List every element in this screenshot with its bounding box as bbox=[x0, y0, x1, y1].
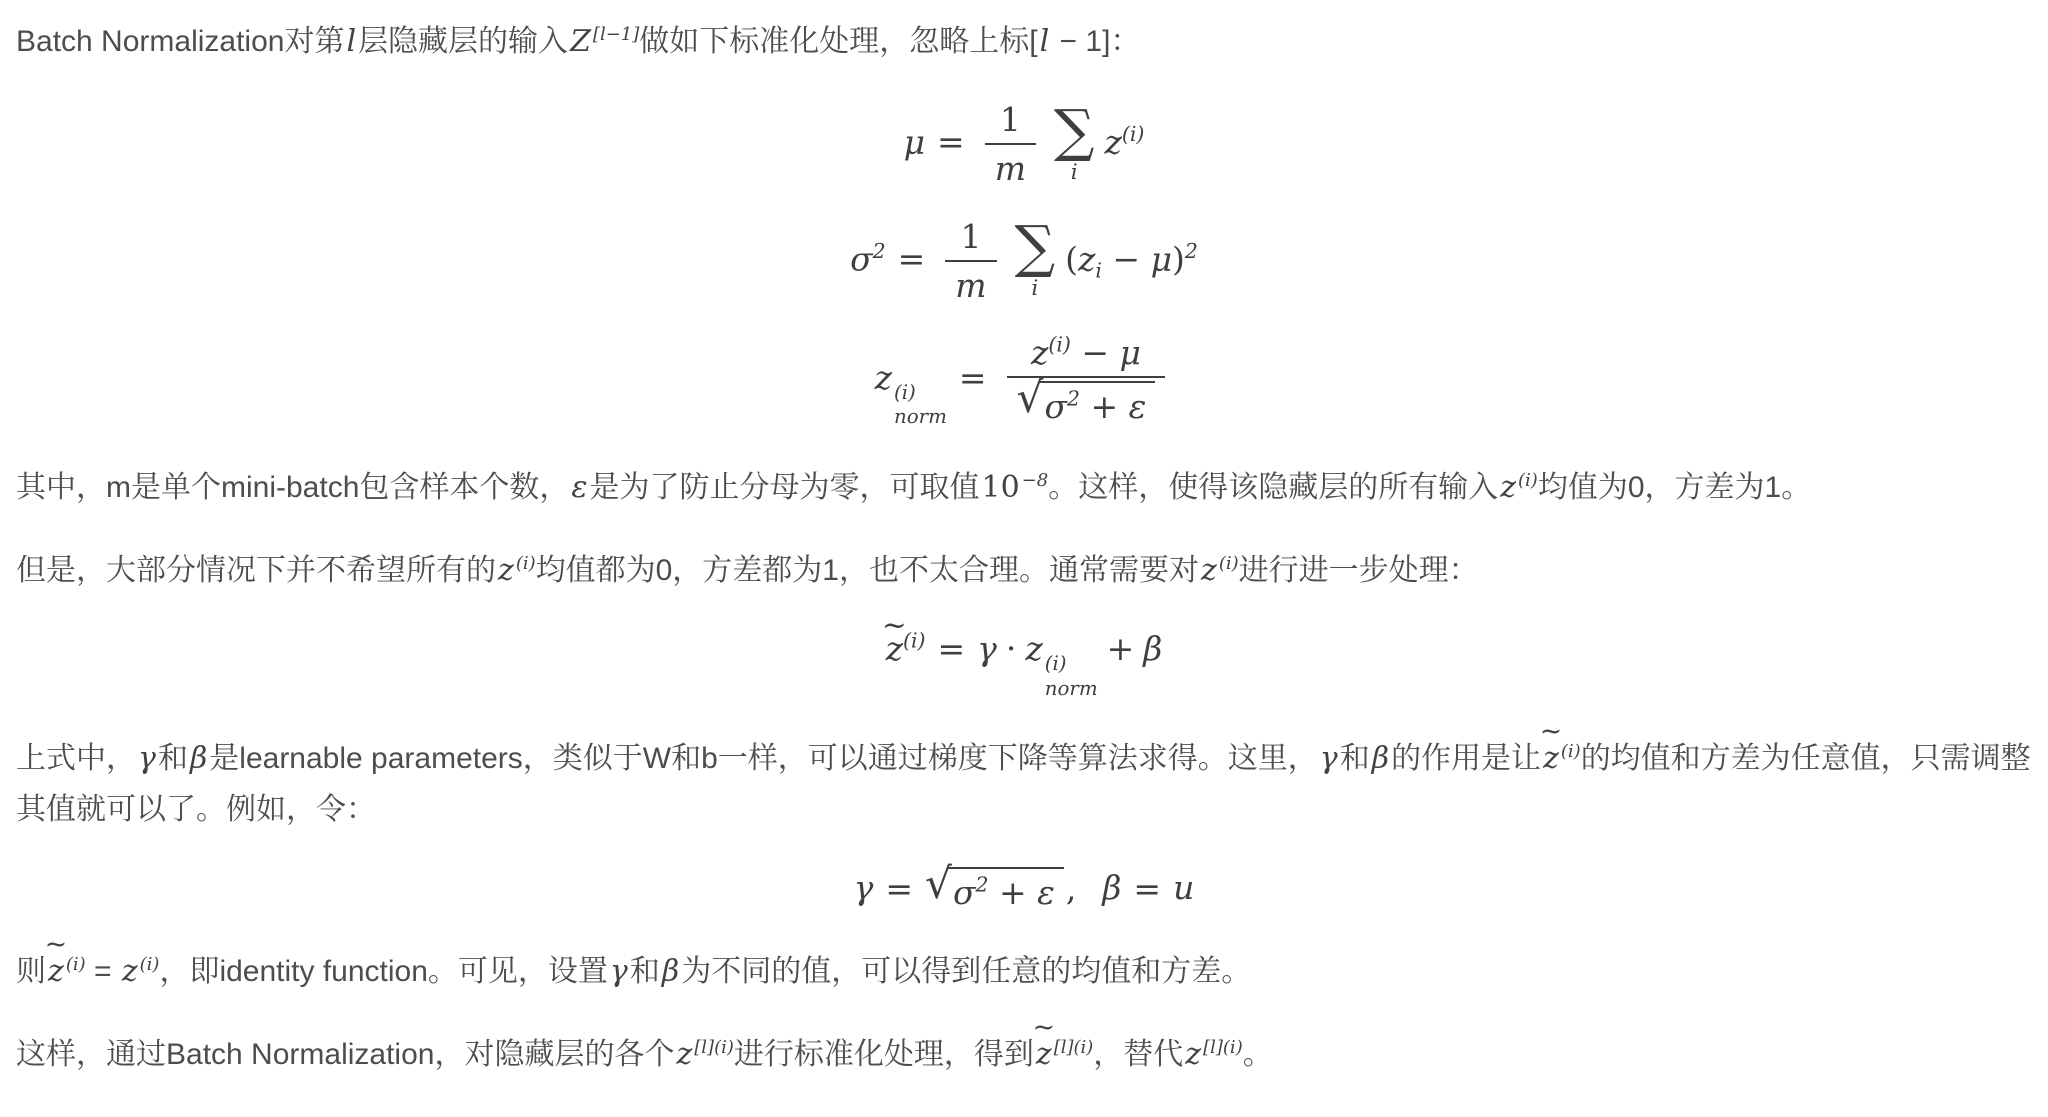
math-var-epsilon: ε bbox=[569, 470, 589, 505]
text-run: 和 bbox=[1340, 742, 1370, 775]
math-superscript: [l](i) bbox=[1203, 1037, 1243, 1058]
text-run: 均值都为0，方差都为1，也不太合理。通常需要对 bbox=[536, 554, 1199, 587]
math-var-z: z bbox=[1031, 333, 1048, 372]
math-var-l: l bbox=[344, 24, 358, 59]
summation-operator: ∑i bbox=[1054, 105, 1095, 184]
text-run: 层隐藏层的输入 bbox=[358, 25, 568, 58]
plus-epsilon: + ε bbox=[989, 873, 1055, 912]
text-run: 但是，大部分情况下并不希望所有的 bbox=[16, 554, 496, 587]
math-var-sigma: σ bbox=[1044, 387, 1067, 426]
math-var-gamma: γ bbox=[854, 869, 874, 908]
radicand: σ2 + ε bbox=[1039, 381, 1155, 427]
math-var-z: z bbox=[1025, 629, 1042, 668]
math-superscript: (i) bbox=[1048, 333, 1070, 357]
math-var-l: l bbox=[1038, 24, 1052, 59]
math-superscript: 2 bbox=[1185, 238, 1198, 262]
text-run: ，替代 bbox=[1093, 1038, 1183, 1071]
text-run: 。这样，使得该隐藏层的所有输入 bbox=[1048, 471, 1498, 504]
plus-sign: + bbox=[1107, 629, 1135, 668]
text-run: 上式中， bbox=[16, 742, 136, 775]
text-run: 做如下标准化处理，忽略上标[ bbox=[639, 25, 1037, 58]
z-tilde: ~z bbox=[886, 628, 903, 669]
math-superscript: (i) bbox=[1219, 553, 1239, 574]
text-run: 均值为0，方差为1。 bbox=[1538, 471, 1811, 504]
z-tilde: ~z bbox=[46, 946, 66, 997]
plus-epsilon: + ε bbox=[1080, 387, 1146, 426]
text-run: 其中，m是单个mini-batch包含样本个数， bbox=[16, 471, 569, 504]
math-var-mu: μ bbox=[1151, 239, 1172, 278]
summation-index: i bbox=[1031, 278, 1038, 300]
math-var-z: z bbox=[120, 954, 140, 989]
math-var-gamma: γ bbox=[608, 954, 630, 989]
text-run: 进行进一步处理： bbox=[1239, 554, 1479, 587]
equation-variance: σ2=1m∑i(zi − μ)2 bbox=[16, 216, 2032, 307]
text-run: 进行标准化处理，得到 bbox=[734, 1038, 1034, 1071]
text-run: 的作用是让 bbox=[1391, 742, 1541, 775]
minus-mu: − μ bbox=[1071, 333, 1141, 372]
comma: , bbox=[1066, 869, 1077, 908]
square-root: √σ2 + ε bbox=[925, 867, 1064, 913]
math-var-beta: β bbox=[188, 741, 209, 776]
text-run: 这样，通过Batch Normalization，对隐藏层的各个 bbox=[16, 1038, 674, 1071]
square-root: √σ2 + ε bbox=[1017, 381, 1156, 427]
z-tilde: ~z bbox=[1034, 1029, 1054, 1080]
math-var-gamma: γ bbox=[977, 629, 997, 668]
math-var-sigma: σ bbox=[850, 239, 873, 278]
math-var-beta: β bbox=[1102, 869, 1121, 908]
math-var-Z: Z bbox=[568, 24, 593, 59]
sigma-symbol: ∑ bbox=[1054, 105, 1095, 159]
math-var-gamma: γ bbox=[136, 741, 158, 776]
text-run: 则 bbox=[16, 955, 46, 988]
math-var-z: z bbox=[496, 553, 516, 588]
para-intro: Batch Normalization对第l层隐藏层的输入Z[l−1]做如下标准… bbox=[16, 16, 2032, 67]
text-run: 和 bbox=[630, 955, 660, 988]
radicand: σ2 + ε bbox=[948, 867, 1064, 913]
equation-mean: μ=1m∑iz(i) bbox=[16, 99, 2032, 190]
math-var-beta: β bbox=[1143, 629, 1162, 668]
fraction: z(i) − μ√σ2 + ε bbox=[1007, 332, 1166, 428]
dot-operator: · bbox=[1006, 629, 1017, 668]
math-superscript: (i) bbox=[516, 553, 536, 574]
tilde-accent: ~ bbox=[1540, 718, 1563, 745]
summation-operator: ∑i bbox=[1015, 221, 1056, 300]
fraction-numerator: z(i) − μ bbox=[1021, 332, 1151, 376]
text-run: ，即identity function。可见，设置 bbox=[159, 955, 607, 988]
tilde-accent: ~ bbox=[882, 611, 907, 641]
math-var-beta: β bbox=[660, 954, 681, 989]
math-superscript: (i) bbox=[1518, 470, 1538, 491]
text-run: 是为了防止分母为零，可取值 bbox=[589, 471, 979, 504]
fraction-numerator: 1 bbox=[990, 99, 1031, 143]
math-superscript: (i) bbox=[894, 381, 916, 406]
math-var-z: z bbox=[875, 358, 892, 397]
equals-sign: = bbox=[937, 629, 965, 668]
math-superscript: (i) bbox=[1561, 741, 1581, 762]
equation-gamma-beta: γ=√σ2 + ε,β=u bbox=[16, 867, 2032, 913]
math-var-gamma: γ bbox=[1318, 741, 1340, 776]
text-run: 。 bbox=[1243, 1038, 1273, 1071]
fraction-denominator: m bbox=[985, 143, 1036, 189]
fraction: 1m bbox=[985, 99, 1036, 190]
para-conclusion: 这样，通过Batch Normalization，对隐藏层的各个z[l](i)进… bbox=[16, 1029, 2032, 1080]
sigma-symbol: ∑ bbox=[1015, 221, 1056, 275]
equation-scale-shift: ~z(i)=γ·z(i)norm+β bbox=[16, 628, 2032, 701]
para-learnable-parameters: 上式中，γ和β是learnable parameters，类似于W和b一样，可以… bbox=[16, 733, 2032, 835]
equals-run: = bbox=[86, 955, 120, 988]
math-superscript: (i) bbox=[1122, 122, 1144, 146]
math-superscript: 2 bbox=[1067, 387, 1080, 411]
equals-sign: = bbox=[1133, 869, 1161, 908]
minus-sign: − bbox=[1102, 239, 1151, 278]
math-subscript: norm bbox=[1045, 677, 1098, 702]
fraction-denominator: √σ2 + ε bbox=[1007, 376, 1166, 427]
math-var-z: z bbox=[1078, 239, 1095, 278]
tilde-accent: ~ bbox=[45, 931, 68, 958]
open-paren: ( bbox=[1065, 239, 1078, 278]
para-mean-variance-note: 其中，m是单个mini-batch包含样本个数，ε是为了防止分母为零，可取值10… bbox=[16, 462, 2032, 513]
fraction: 1m bbox=[945, 216, 996, 307]
fraction-denominator: m bbox=[945, 260, 996, 306]
text-run: Batch Normalization对第 bbox=[16, 25, 344, 58]
close-paren: ) bbox=[1172, 239, 1185, 278]
text-run: 是learnable parameters，类似于W和b一样，可以通过梯度下降等… bbox=[209, 742, 1318, 775]
math-var-mu: μ bbox=[904, 122, 925, 161]
text-run: − 1]： bbox=[1051, 25, 1140, 58]
math-superscript: (i) bbox=[66, 954, 86, 975]
math-superscript: [l−1] bbox=[593, 24, 639, 45]
z-tilde: ~z bbox=[1541, 733, 1561, 784]
equals-sign: = bbox=[937, 122, 965, 161]
math-superscript: 2 bbox=[975, 873, 988, 897]
script-stack: (i)norm bbox=[1045, 652, 1098, 701]
text-run: 为不同的值，可以得到任意的均值和方差。 bbox=[681, 955, 1251, 988]
math-var-z: z bbox=[1199, 553, 1219, 588]
equals-sign: = bbox=[885, 869, 913, 908]
math-superscript: (i) bbox=[1045, 652, 1067, 677]
math-var-z: z bbox=[1183, 1037, 1203, 1072]
text-run: 和 bbox=[158, 742, 188, 775]
math-number-10: 10 bbox=[979, 470, 1021, 505]
math-superscript: [l](i) bbox=[1054, 1037, 1094, 1058]
math-var-beta: β bbox=[1370, 741, 1391, 776]
math-var-z: z bbox=[1498, 470, 1518, 505]
math-superscript: [l](i) bbox=[694, 1037, 734, 1058]
math-var-z: z bbox=[1105, 122, 1122, 161]
math-superscript: (i) bbox=[140, 954, 160, 975]
math-var-z: z bbox=[674, 1037, 694, 1072]
equals-sign: = bbox=[959, 358, 987, 397]
fraction-numerator: 1 bbox=[950, 216, 991, 260]
math-subscript: norm bbox=[894, 405, 947, 430]
math-superscript: 2 bbox=[873, 238, 886, 262]
tilde-accent: ~ bbox=[1032, 1014, 1055, 1041]
para-further-processing: 但是，大部分情况下并不希望所有的z(i)均值都为0，方差都为1，也不太合理。通常… bbox=[16, 545, 2032, 596]
para-identity-function: 则~z(i) = z(i)，即identity function。可见，设置γ和… bbox=[16, 946, 2032, 997]
math-var-u: u bbox=[1173, 869, 1194, 908]
script-stack: (i)norm bbox=[894, 381, 947, 430]
math-var-sigma: σ bbox=[953, 873, 976, 912]
article-content: Batch Normalization对第l层隐藏层的输入Z[l−1]做如下标准… bbox=[16, 16, 2032, 1080]
equation-znorm: z(i)norm=z(i) − μ√σ2 + ε bbox=[16, 332, 2032, 430]
summation-index: i bbox=[1071, 162, 1078, 184]
math-superscript: −8 bbox=[1022, 470, 1049, 491]
equals-sign: = bbox=[898, 239, 926, 278]
